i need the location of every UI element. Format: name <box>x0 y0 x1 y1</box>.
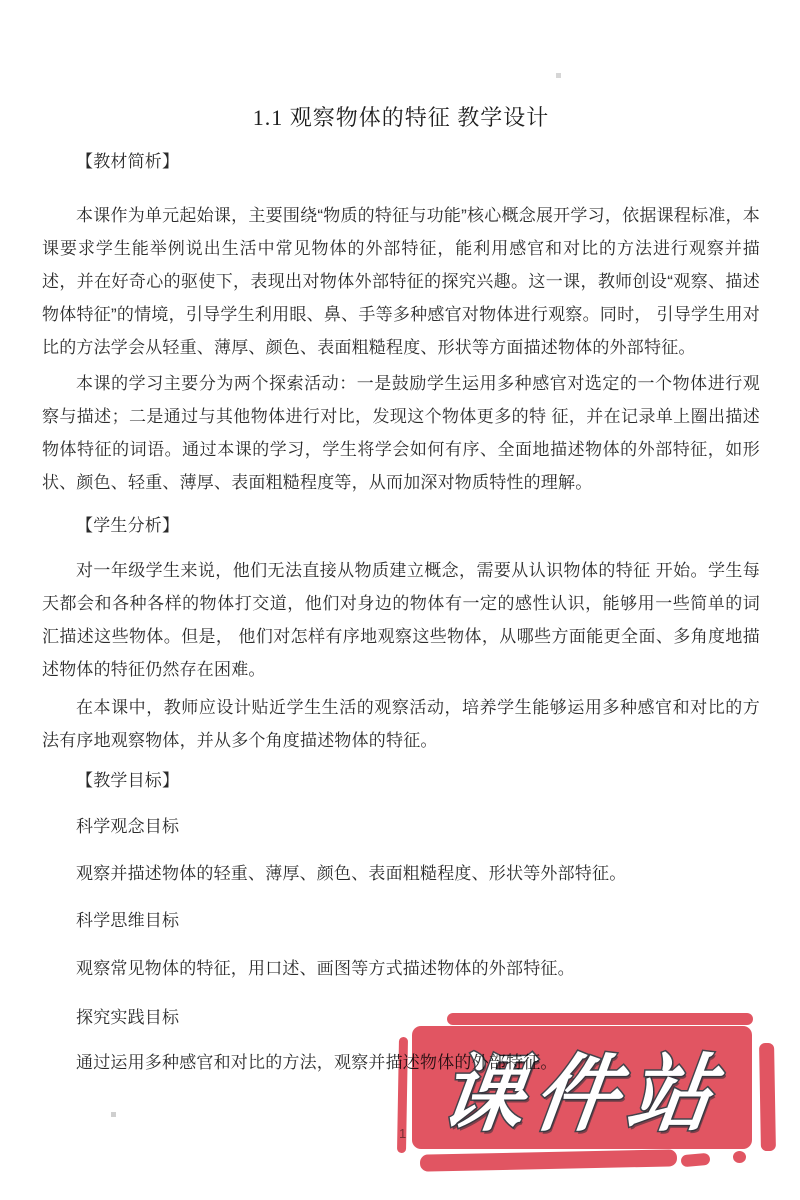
paragraph-student-analysis-1: 对一年级学生来说，他们无法直接从物质建立概念，需要从认识物体的特征 开始。学生每… <box>42 554 760 686</box>
section-heading-material-analysis: 【教材简析】 <box>42 145 760 178</box>
stamp-border-dot <box>733 1151 746 1163</box>
sub-heading-inquiry-practice: 探究实践目标 <box>42 1001 760 1034</box>
sub-heading-science-thinking: 科学思维目标 <box>42 904 760 937</box>
stamp-border-bottom <box>420 1149 677 1171</box>
document-body: 1.1 观察物体的特征 教学设计 【教材简析】 本课作为单元起始课，主要围绕“物… <box>0 0 800 1079</box>
print-artifact <box>111 1112 116 1117</box>
stamp-border-dash <box>681 1153 711 1167</box>
paragraph-student-analysis-2: 在本课中，教师应设计贴近学生生活的观察活动，培养学生能够运用多种感官和对比的方法… <box>42 691 760 757</box>
sub-heading-science-concept: 科学观念目标 <box>42 810 760 843</box>
section-heading-teaching-objectives: 【教学目标】 <box>42 764 760 797</box>
paragraph-material-analysis-2: 本课的学习主要分为两个探索活动：一是鼓励学生运用多种感官对选定的一个物体进行观察… <box>42 367 760 499</box>
page-number: 1 <box>399 1126 406 1141</box>
paragraph-science-thinking-objective: 观察常见物体的特征，用口述、画图等方式描述物体的外部特征。 <box>42 952 760 985</box>
section-heading-student-analysis: 【学生分析】 <box>42 509 760 542</box>
page-title: 1.1 观察物体的特征 教学设计 <box>42 103 760 133</box>
paragraph-science-concept-objective: 观察并描述物体的轻重、薄厚、颜色、表面粗糙程度、形状等外部特征。 <box>42 857 760 890</box>
paragraph-inquiry-practice-objective: 通过运用多种感官和对比的方法，观察并描述物体的外部特征。 <box>42 1046 760 1079</box>
print-artifact <box>556 73 561 78</box>
document-page: 1.1 观察物体的特征 教学设计 【教材简析】 本课作为单元起始课，主要围绕“物… <box>0 0 800 1200</box>
paragraph-material-analysis-1: 本课作为单元起始课，主要围绕“物质的特征与功能”核心概念展开学习，依据课程标准，… <box>42 199 760 364</box>
